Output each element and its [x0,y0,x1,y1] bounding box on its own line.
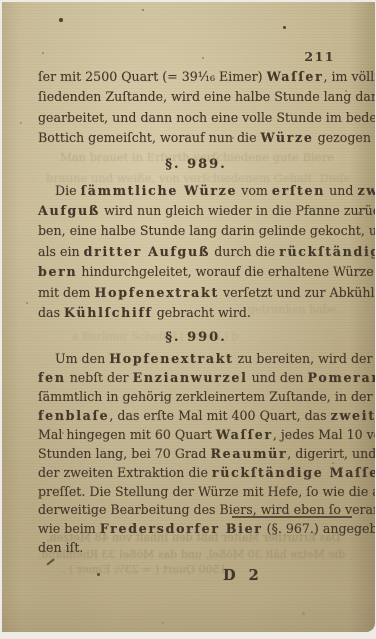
text-line: das Kühlſchiff gebracht wird. [38,303,354,323]
text-line: bern hindurchgeleitet, worauf die erhalt… [38,262,354,282]
section-heading-990: §. 990. [38,328,354,348]
speckle [283,26,286,29]
text-line: ſämmtlich in gehörig zerkleinertem Zuſta… [38,388,354,407]
text-line: mit dem Hopfenextrakt verſetzt und zur A… [38,283,354,303]
text-block: ſer mit 2500 Quart (= 39¹⁄₁₆ Eimer) Waſſ… [38,67,354,558]
text-line: Stunden lang, bei 70 Grad Reaumür, diger… [38,445,354,464]
ghost-text-line: 1500 Quart ( = 23½ Eimer ) . [62,563,227,576]
paragraph-2: Die ſämmtliche Würze vom erſten und zwei… [38,181,354,324]
text-line: der zweiten Extraktion die rückſtändige … [38,464,354,483]
page-number: 211 [304,49,335,64]
text-line: fen nebſt der Enzianwurzel und den Pomer… [38,369,354,388]
section-heading-989: §. 989. [38,155,354,175]
speckle [42,52,44,54]
text-line: den iſt. [38,539,354,558]
speckle [302,612,305,615]
speckle [97,573,100,576]
paragraph-3: Um den Hopfenextrakt zu bereiten, wird d… [38,350,354,558]
text-line: Bottich gemeiſcht, worauf nun die Würze … [38,128,354,148]
speckle [26,302,28,304]
speckle [162,622,164,624]
text-line: Mal hingegen mit 60 Quart Waſſer, jedes … [38,426,354,445]
speckle [142,9,144,11]
text-line: Die ſämmtliche Würze vom erſten und zwei… [38,181,354,201]
text-line: Um den Hopfenextrakt zu bereiten, wird d… [38,350,354,369]
text-line: wie beim Fredersdorfer Bier (§. 967.) an… [38,520,354,539]
book-page-scan: 211 ſer mit 2500 Quart (= 39¹⁄₁₆ Eimer) … [0,0,376,639]
ink-stroke-mark [46,558,54,565]
text-line: ſer mit 2500 Quart (= 39¹⁄₁₆ Eimer) Waſſ… [38,67,354,87]
text-line: ben, eine halbe Stunde lang darin gelind… [38,221,354,241]
speckle [20,122,22,124]
speckle [59,18,63,22]
text-line: ſiedenden Zuſtande, wird eine halbe Stun… [38,87,354,107]
text-line: fenblaſe, das erſte Mal mit 400 Quart, d… [38,407,354,426]
page: 211 ſer mit 2500 Quart (= 39¹⁄₁₆ Eimer) … [2,2,375,632]
text-line: preſſet. Die Stellung der Würze mit Hefe… [38,483,354,502]
speckle [202,57,204,59]
text-line: Aufguß wird nun gleich wieder in die Pfa… [38,201,354,221]
signature-mark: D 2 [223,567,263,584]
text-line: als ein dritter Aufguß durch die rückſtä… [38,242,354,262]
paragraph-1: ſer mit 2500 Quart (= 39¹⁄₁₆ Eimer) Waſſ… [38,67,354,149]
text-line: gearbeitet, und dann noch eine volle Stu… [38,108,354,128]
footnote-rule [232,516,352,518]
